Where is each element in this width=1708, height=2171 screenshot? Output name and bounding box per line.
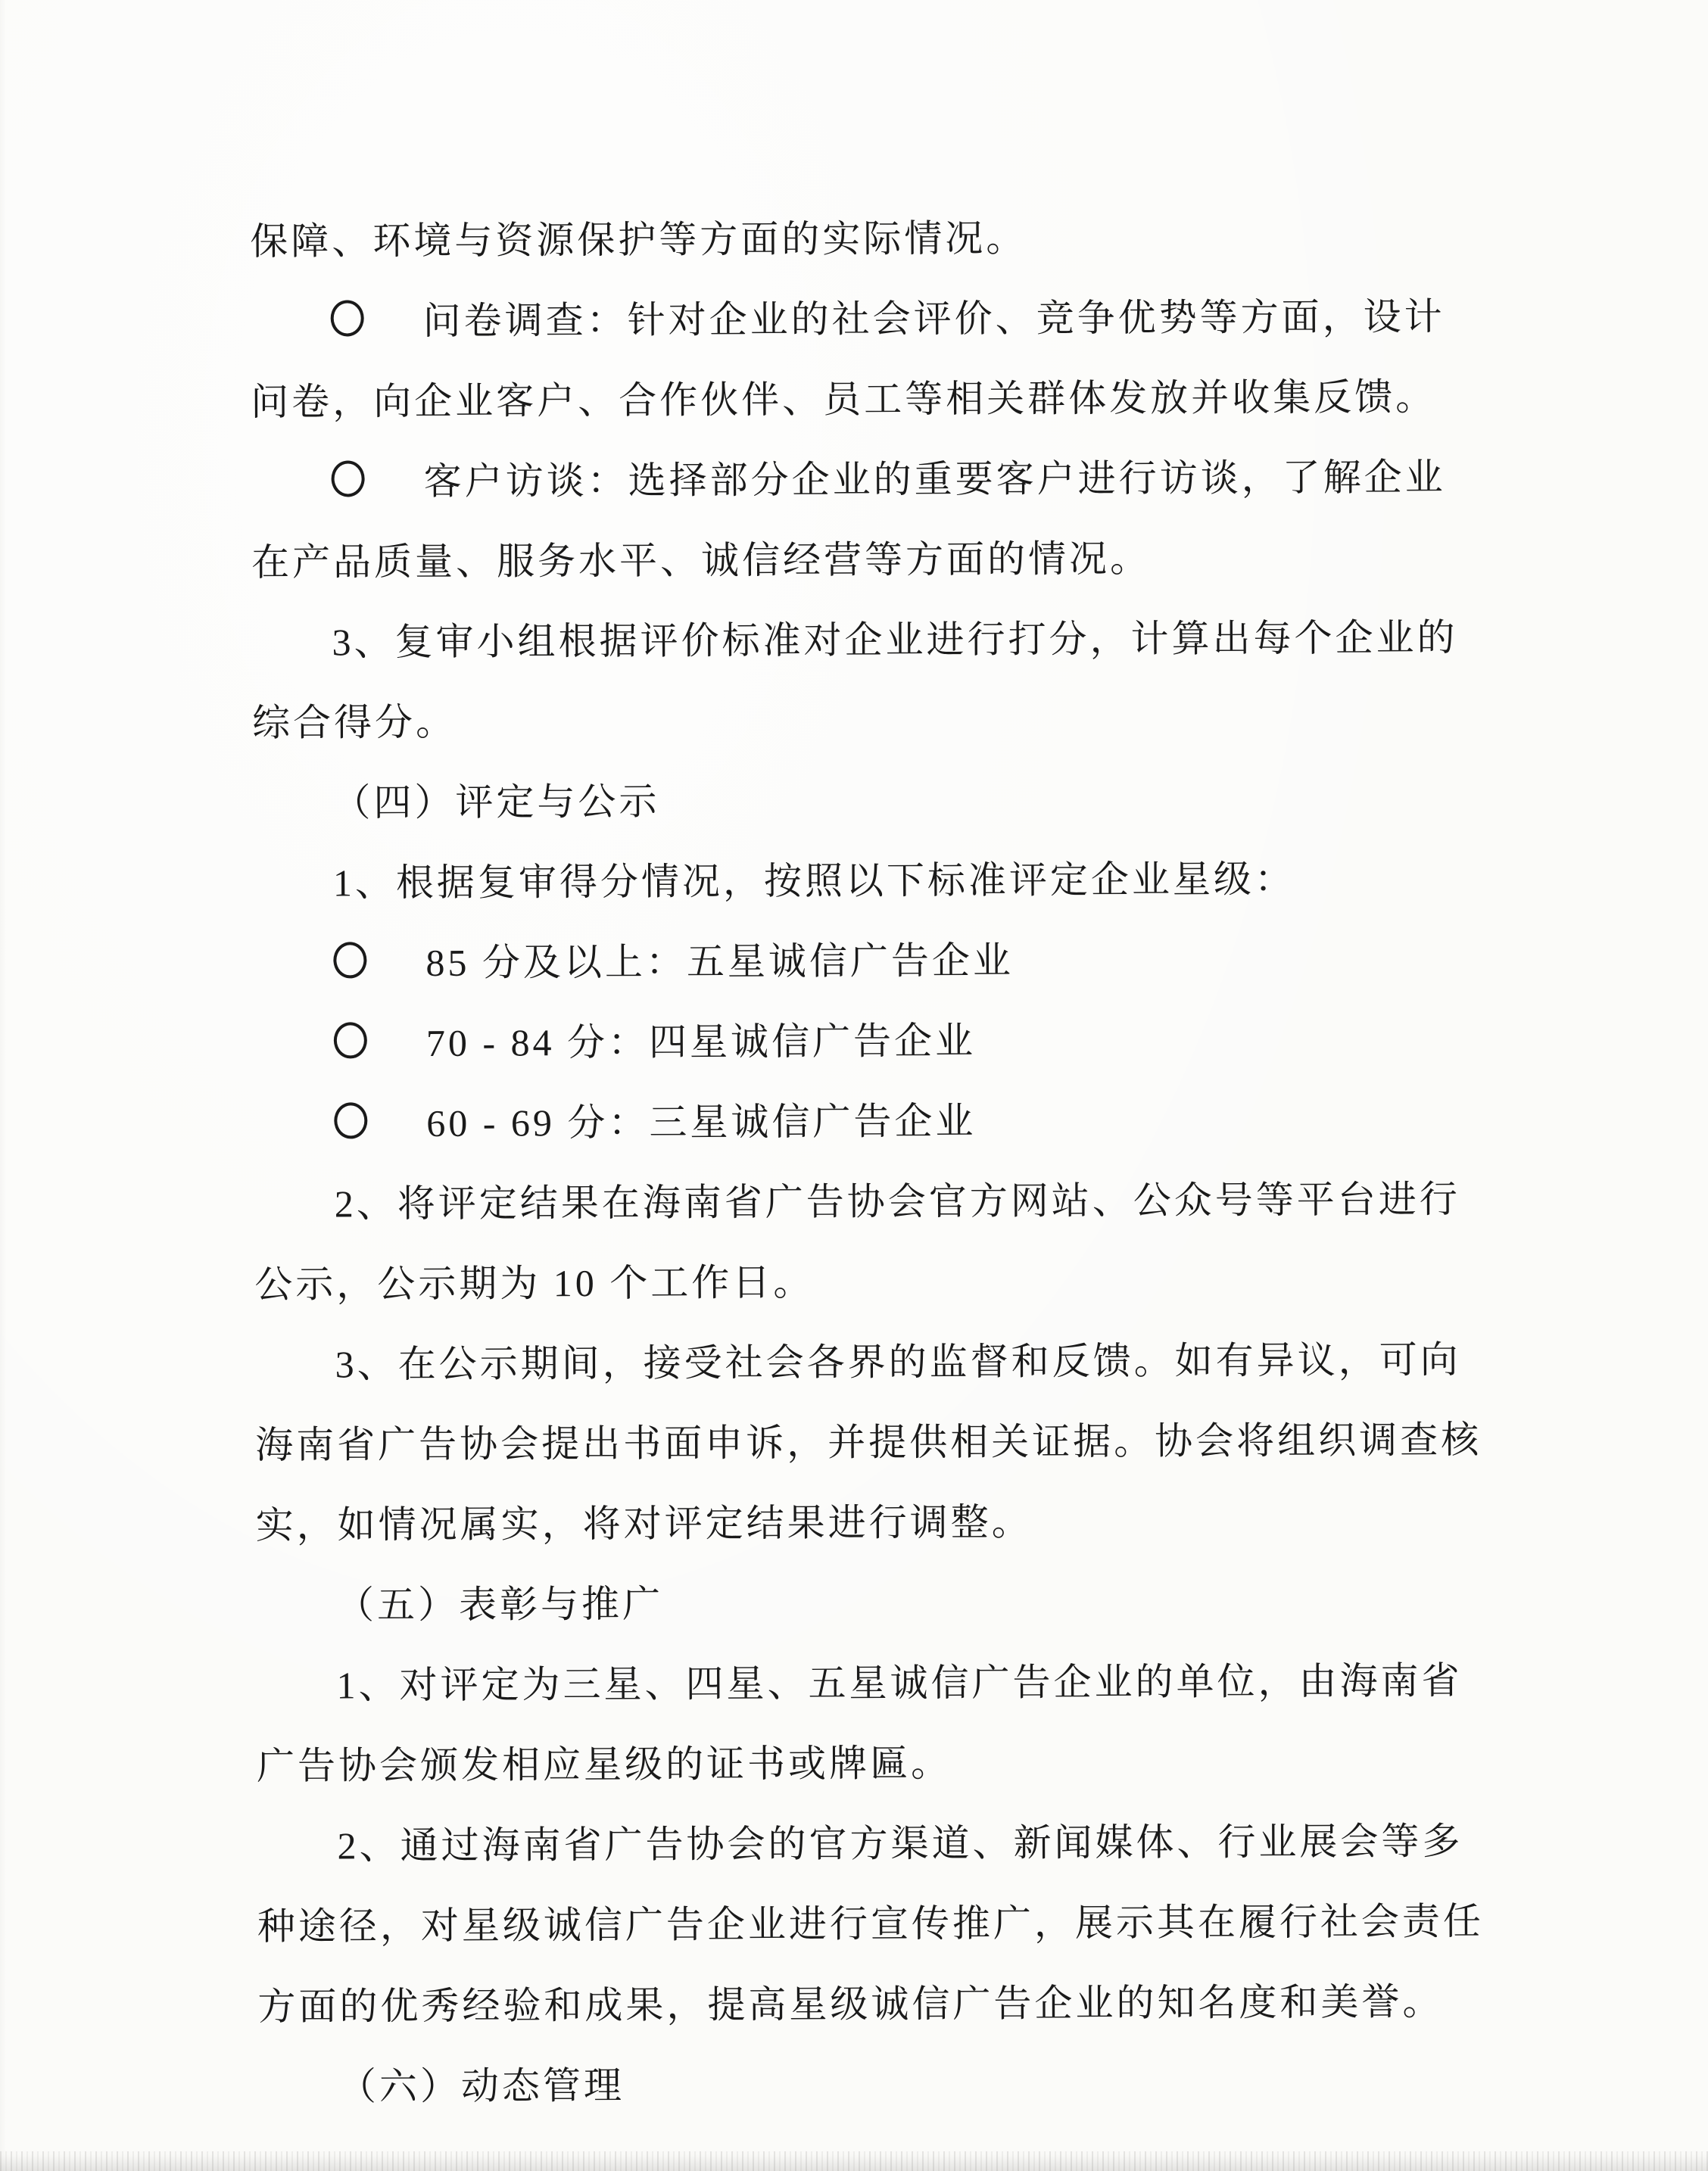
text-line-content: 海南省广告协会提出书面申诉，并提供相关证据。协会将组织调查核 [255, 1409, 1482, 1469]
text-line-content: 2、通过海南省广告协会的官方渠道、新闻媒体、行业展会等多 [337, 1811, 1463, 1870]
text-line: 2、将评定结果在海南省广告协会官方网站、公众号等平台进行 [254, 1156, 1469, 1241]
text-line-content: 2、将评定结果在海南省广告协会官方网站、公众号等平台进行 [335, 1169, 1460, 1228]
text-line-content: 70 - 84 分：四星诚信广告企业 [426, 1011, 976, 1067]
text-line-content: 在产品质量、服务水平、诚信经营等方面的情况。 [251, 528, 1151, 587]
text-line-content: 问卷，向企业客户、合作伙伴、员工等相关群体发放并收集反馈。 [251, 366, 1436, 426]
text-line: 2、通过海南省广告协会的官方渠道、新闻媒体、行业展会等多 [257, 1798, 1471, 1883]
text-line: 1、对评定为三星、四星、五星诚信广告企业的单位，由海南省 [256, 1637, 1470, 1723]
text-line: 综合得分。 [252, 674, 1466, 760]
text-line: （六）动态管理 [258, 2039, 1473, 2124]
text-line-content: 实，如情况属实，将对评定结果进行调整。 [255, 1492, 1032, 1550]
text-line: 方面的优秀经验和成果，提高星级诚信广告企业的知名度和美誉。 [257, 1958, 1472, 2044]
text-line-content: （五）表彰与推广 [336, 1574, 663, 1630]
text-line: 85 分及以上：五星诚信广告企业 [253, 915, 1467, 1001]
circle-bullet-icon [334, 1102, 367, 1138]
text-line: 3、在公示期间，接受社会各界的监督和反馈。如有异议，可向 [254, 1316, 1469, 1402]
text-line-content: 方面的优秀经验和成果，提高星级诚信广告企业的知名度和美誉。 [257, 1971, 1443, 2031]
text-line: 在产品质量、服务水平、诚信经营等方面的情况。 [251, 514, 1466, 600]
text-line: 保障、环境与资源保护等方面的实际情况。 [250, 193, 1464, 279]
text-line: 60 - 69 分：三星诚信广告企业 [254, 1076, 1468, 1161]
text-line: 问卷，向企业客户、合作伙伴、员工等相关群体发放并收集反馈。 [251, 354, 1465, 439]
document-text-block: 保障、环境与资源保护等方面的实际情况。问卷调查：针对企业的社会评价、竞争优势等方… [250, 193, 1473, 2124]
text-line-content: （四）评定与公示 [332, 771, 659, 827]
text-line: 实，如情况属实，将对评定结果进行调整。 [255, 1477, 1470, 1562]
text-line-content: 1、对评定为三星、四星、五星诚信广告企业的单位，由海南省 [336, 1650, 1462, 1709]
text-line: 3、复审小组根据评价标准对企业进行打分，计算出每个企业的 [251, 594, 1466, 680]
text-line: 种途径，对星级诚信广告企业进行宣传推广，展示其在履行社会责任 [257, 1878, 1472, 1964]
text-line: 70 - 84 分：四星诚信广告企业 [254, 995, 1468, 1081]
circle-bullet-icon [331, 300, 364, 336]
circle-bullet-icon [333, 942, 366, 978]
text-line: （五）表彰与推广 [256, 1557, 1470, 1643]
document-page: 保障、环境与资源保护等方面的实际情况。问卷调查：针对企业的社会评价、竞争优势等方… [0, 0, 1708, 2171]
text-line-content: 3、在公示期间，接受社会各界的监督和反馈。如有异议，可向 [335, 1329, 1461, 1388]
text-line: 问卷调查：针对企业的社会评价、竞争优势等方面，设计 [250, 273, 1464, 359]
text-line-content: 3、复审小组根据评价标准对企业进行打分，计算出每个企业的 [332, 607, 1457, 666]
text-line-content: 广告协会颁发相应星级的证书或牌匾。 [257, 1733, 952, 1790]
text-line-content: 85 分及以上：五星诚信广告企业 [425, 930, 1014, 987]
text-line-content: 问卷调查：针对企业的社会评价、竞争优势等方面，设计 [423, 286, 1445, 345]
text-line-content: 1、根据复审得分情况，按照以下标准评定企业星级： [333, 849, 1295, 908]
text-line-content: 保障、环境与资源保护等方面的实际情况。 [250, 208, 1027, 266]
text-line: 海南省广告协会提出书面申诉，并提供相关证据。协会将组织调查核 [255, 1397, 1470, 1482]
circle-bullet-icon [334, 1022, 367, 1058]
text-line: 广告协会颁发相应星级的证书或牌匾。 [257, 1718, 1471, 1803]
text-line-content: 客户访谈：选择部分企业的重要客户进行访谈，了解企业 [423, 447, 1445, 506]
text-line: 公示，公示期为 10 个工作日。 [254, 1236, 1469, 1322]
text-line: 客户访谈：选择部分企业的重要客户进行访谈，了解企业 [251, 434, 1465, 519]
text-line-content: 综合得分。 [252, 692, 457, 747]
text-line-content: 公示，公示期为 10 个工作日。 [254, 1252, 814, 1309]
circle-bullet-icon [332, 460, 365, 497]
scan-edge-shadow-left [0, 0, 6, 2171]
text-line-content: 60 - 69 分：三星诚信广告企业 [426, 1091, 976, 1148]
text-line-content: （六）动态管理 [338, 2055, 625, 2111]
scan-edge-shadow-bottom [0, 2151, 1708, 2171]
text-line: 1、根据复审得分情况，按照以下标准评定企业星级： [253, 835, 1467, 920]
text-line-content: 种途径，对星级诚信广告企业进行宣传推广，展示其在履行社会责任 [257, 1891, 1484, 1951]
text-line: （四）评定与公示 [252, 755, 1466, 840]
